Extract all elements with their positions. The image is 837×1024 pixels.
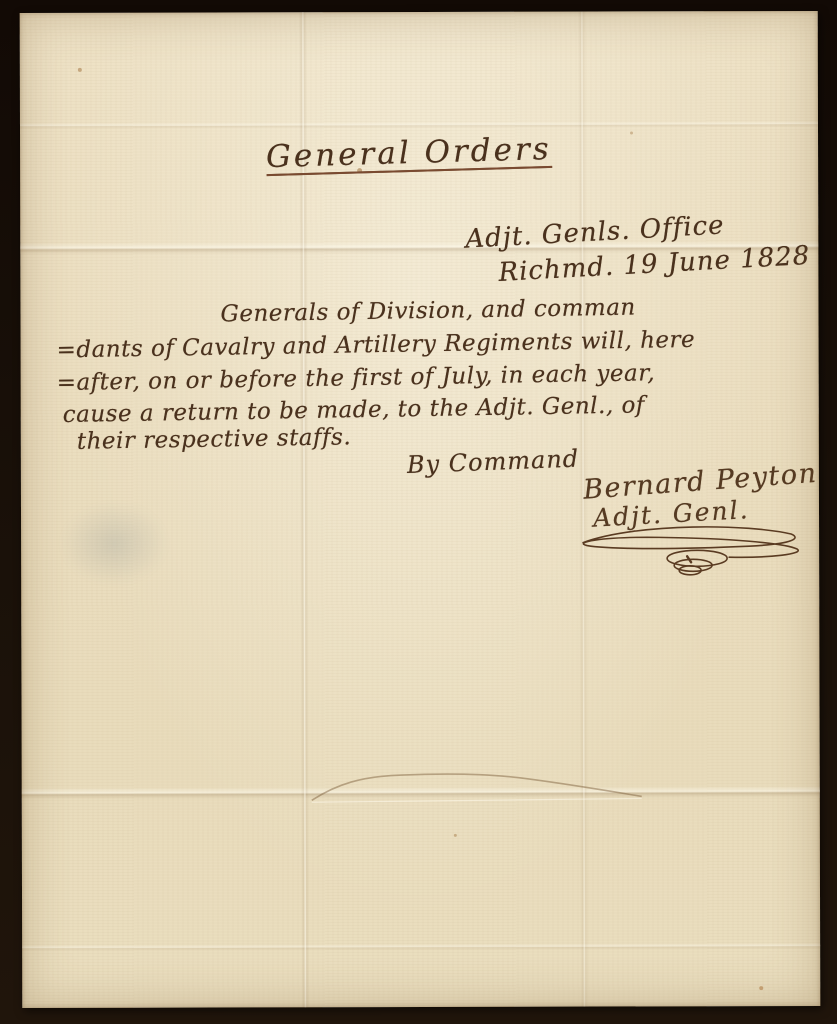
document-page: General Orders Adjt. Genls. Office Richm…: [20, 11, 821, 1008]
body-line: their respective staffs.: [77, 424, 352, 455]
foxing-spot: [454, 834, 457, 837]
fold-crease-vertical-right: [578, 12, 589, 1007]
foxing-spot: [78, 68, 82, 72]
foxing-spot: [630, 131, 633, 134]
body-line: =after, on or before the first of July, …: [56, 360, 655, 396]
photo-background: General Orders Adjt. Genls. Office Richm…: [0, 0, 837, 1024]
fold-crease-top: [20, 121, 818, 129]
body-line: Generals of Division, and comman: [220, 295, 636, 328]
paper-wrinkle-line: [292, 751, 672, 812]
fold-crease-lower: [22, 786, 820, 800]
body-line: =dants of Cavalry and Artillery Regiment…: [56, 327, 695, 364]
foxing-spot: [759, 986, 763, 990]
fold-crease-bottom: [22, 943, 820, 951]
closing-by-command: By Command: [406, 445, 579, 479]
document-title: General Orders: [266, 131, 553, 175]
paper-smudge: [59, 501, 169, 586]
body-line: cause a return to be made, to the Adjt. …: [63, 392, 645, 428]
